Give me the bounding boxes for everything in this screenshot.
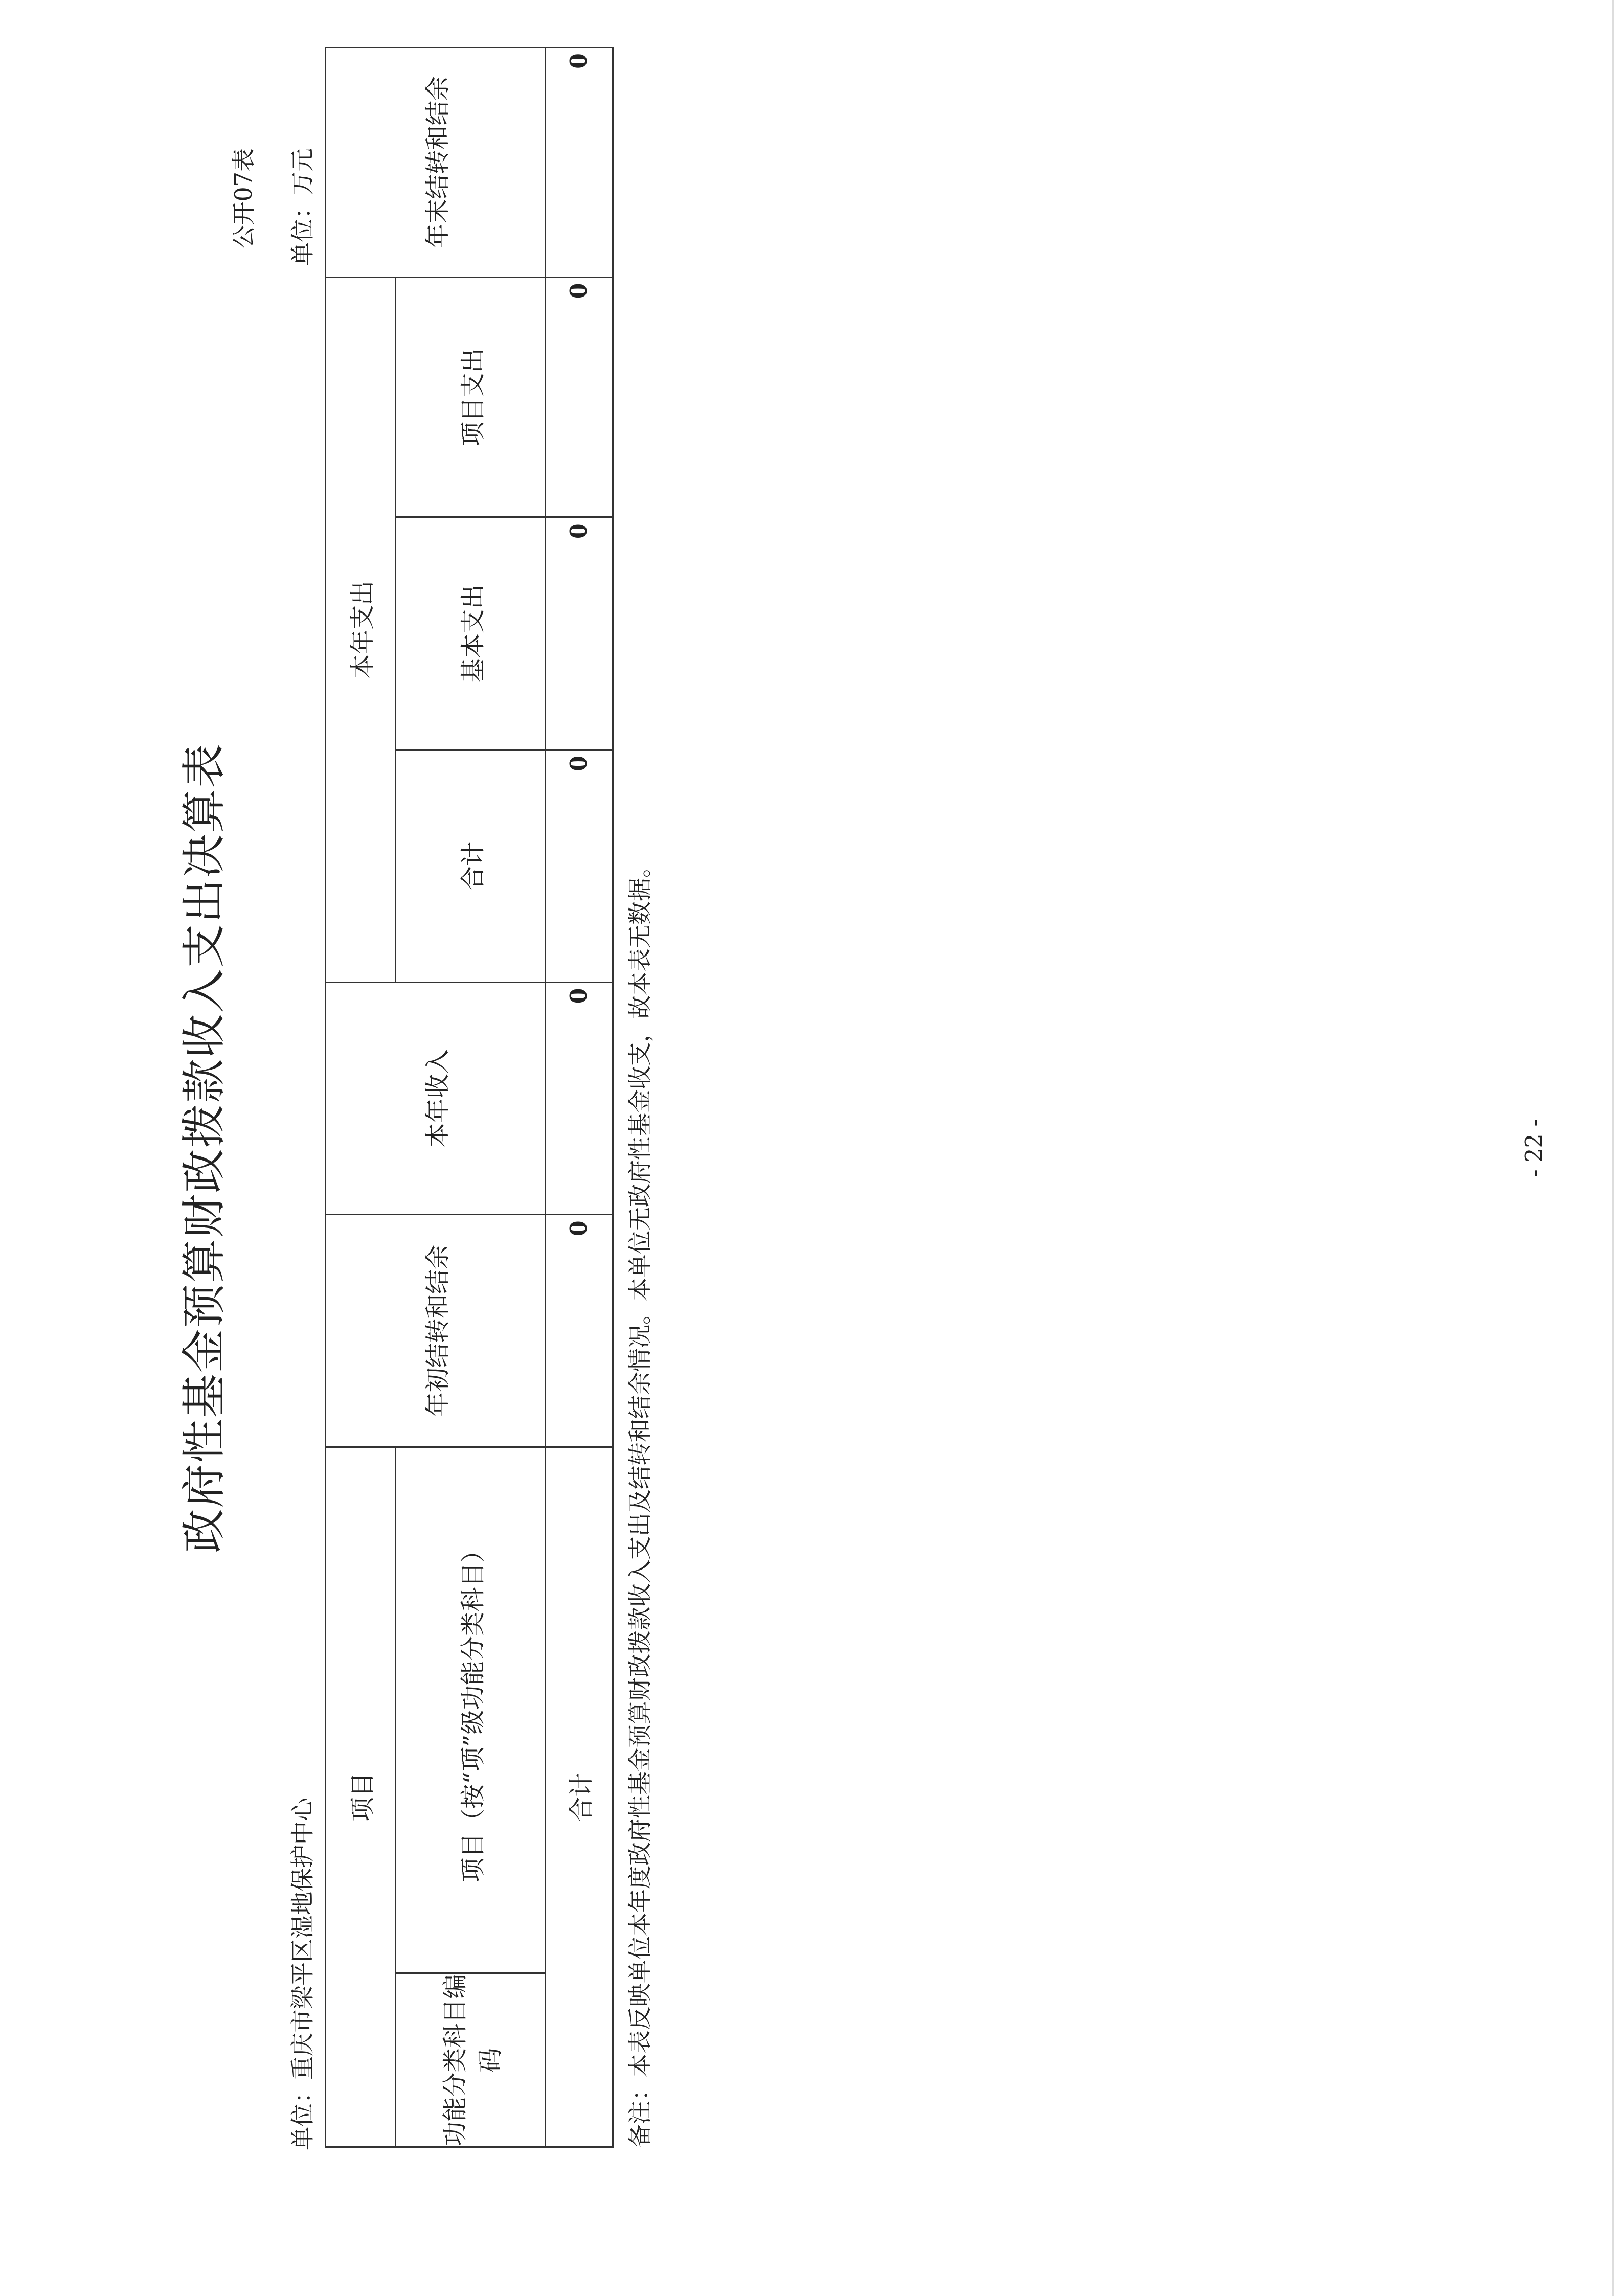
scan-edge	[1612, 0, 1614, 2296]
total-income: 0	[546, 982, 613, 1215]
header-code: 功能分类科目编码	[395, 1973, 546, 2147]
total-exp-basic: 0	[546, 517, 613, 750]
header-item-name: 项目（按“项”级功能分类科目）	[395, 1447, 546, 1973]
currency-unit: 单位：万元	[284, 148, 318, 266]
header-exp-total: 合计	[395, 750, 546, 983]
header-income: 本年收入	[326, 982, 546, 1215]
header-expenditure: 本年支出	[326, 277, 396, 982]
table-row-total: 合计 0 0 0 0 0 0	[546, 48, 613, 2147]
form-number: 公开07表	[225, 148, 259, 249]
header-closing-balance: 年末结转和结余	[326, 48, 546, 278]
page-title: 政府性基金预算财政拨款收入支出决算表	[169, 0, 232, 2296]
header-exp-basic: 基本支出	[395, 517, 546, 750]
total-label: 合计	[546, 1447, 613, 2147]
total-exp-total: 0	[546, 750, 613, 983]
table-note: 备注：本表反映单位本年度政府性基金预算财政拨款收入支出及结转和结余情况。本单位无…	[621, 854, 655, 2148]
organization-unit: 单位：重庆市梁平区湿地保护中心	[284, 1798, 318, 2150]
page-number: - 22 -	[1521, 0, 1547, 2296]
total-exp-project: 0	[546, 277, 613, 517]
header-exp-project: 项目支出	[395, 277, 546, 517]
total-closing-balance: 0	[546, 48, 613, 278]
header-project: 项目	[326, 1447, 396, 2147]
budget-table: 项目 年初结转和结余 本年收入 本年支出 年末结转和结余 功能分类科目编码 项目…	[325, 47, 614, 2148]
rotated-page: 政府性基金预算财政拨款收入支出决算表 公开07表 单位：重庆市梁平区湿地保护中心…	[0, 0, 1624, 2296]
total-opening-balance: 0	[546, 1215, 613, 1447]
header-opening-balance: 年初结转和结余	[326, 1215, 546, 1447]
